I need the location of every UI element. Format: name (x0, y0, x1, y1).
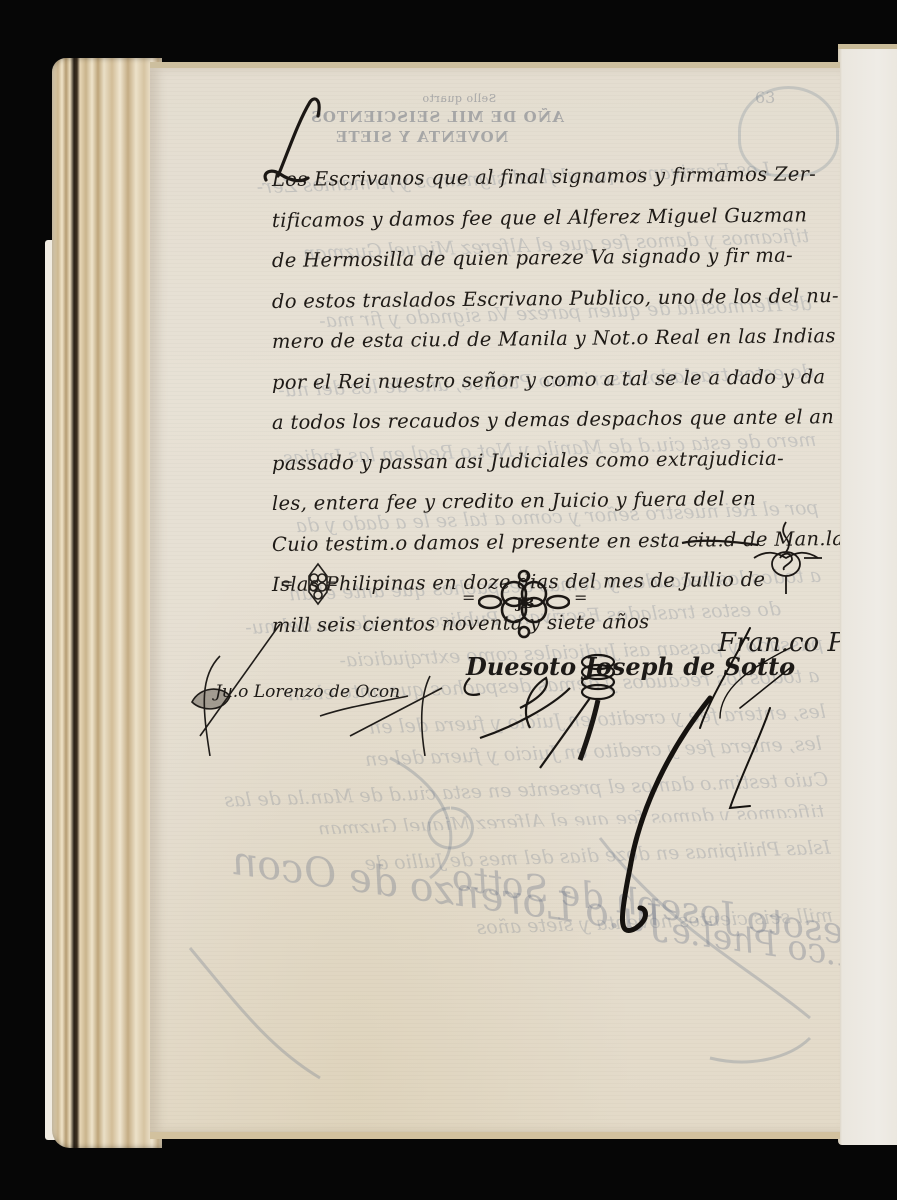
text-line: tificamos y damos fee que el Alferez Mig… (272, 195, 832, 241)
text-line: Los Escrivanos que al final signamos y f… (272, 154, 832, 200)
text-line: do estos traslados Escrivano Publico, un… (272, 276, 832, 322)
scan-scene: Sello quarto AÑO DE MIL SEISCIENTOS NOVE… (0, 0, 897, 1200)
notarial-sign-left-icon (305, 562, 331, 606)
manuscript-page: Sello quarto AÑO DE MIL SEISCIENTOS NOVE… (150, 62, 840, 1139)
text-line: passado y passan asi Judiciales como ext… (272, 438, 832, 484)
text-line: de Hermosilla de quien pareze Va signado… (272, 235, 832, 281)
sign-center-equals-left: = (462, 588, 476, 607)
page-stack (52, 58, 162, 1148)
facing-page (838, 44, 897, 1145)
signature-1: Ju.o Lorenzo de Ocon (215, 682, 400, 702)
text-line: por el Rei nuestro señor y como a tal se… (272, 357, 832, 403)
signature-3-flourish-icon (590, 608, 840, 988)
notarial-sign-right-icon (746, 518, 826, 598)
monogram: JB (514, 596, 535, 612)
sign-center-equals-right: = (574, 588, 588, 607)
text-line: mero de esta ciu.d de Manila y Not.o Rea… (272, 316, 832, 362)
notarial-sign-center-icon: JB (478, 566, 570, 642)
text-line: a todos los recaudos y demas despachos q… (272, 397, 832, 443)
